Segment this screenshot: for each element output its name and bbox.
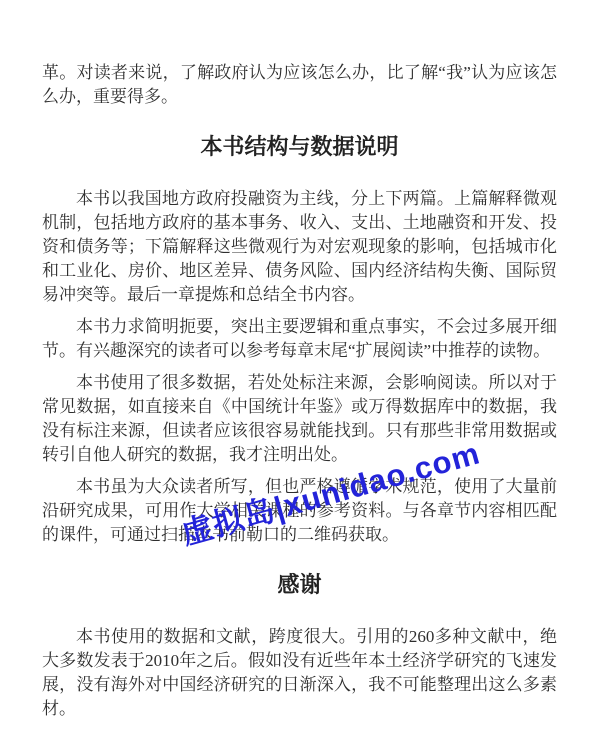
section-title-structure-and-data: 本书结构与数据说明 (42, 133, 557, 161)
paragraph-book-structure: 本书以我国地方政府投融资为主线，分上下两篇。上篇解释微观机制，包括地方政府的基本… (42, 187, 557, 307)
book-page: 革。对读者来说，了解政府认为应该怎么办，比了解“我”认为应该怎么办，重要得多。 … (0, 0, 598, 721)
paragraph-acknowledgement: 本书使用的数据和文献，跨度很大。引用的260多种文献中，绝大多数发表于2010年… (42, 625, 557, 721)
section-title-thanks: 感谢 (42, 571, 557, 599)
paragraph-data-sources: 本书使用了很多数据，若处处标注来源，会影响阅读。所以对于常见数据，如直接来自《中… (42, 371, 557, 467)
continuation-paragraph: 革。对读者来说，了解政府认为应该怎么办，比了解“我”认为应该怎么办，重要得多。 (42, 61, 557, 109)
paragraph-academic-norms: 本书虽为大众读者所写，但也严格遵循学术规范，使用了大量前沿研究成果，可用作大学相… (42, 475, 557, 547)
paragraph-concise-style: 本书力求简明扼要，突出主要逻辑和重点事实，不会过多展开细节。有兴趣深究的读者可以… (42, 315, 557, 363)
